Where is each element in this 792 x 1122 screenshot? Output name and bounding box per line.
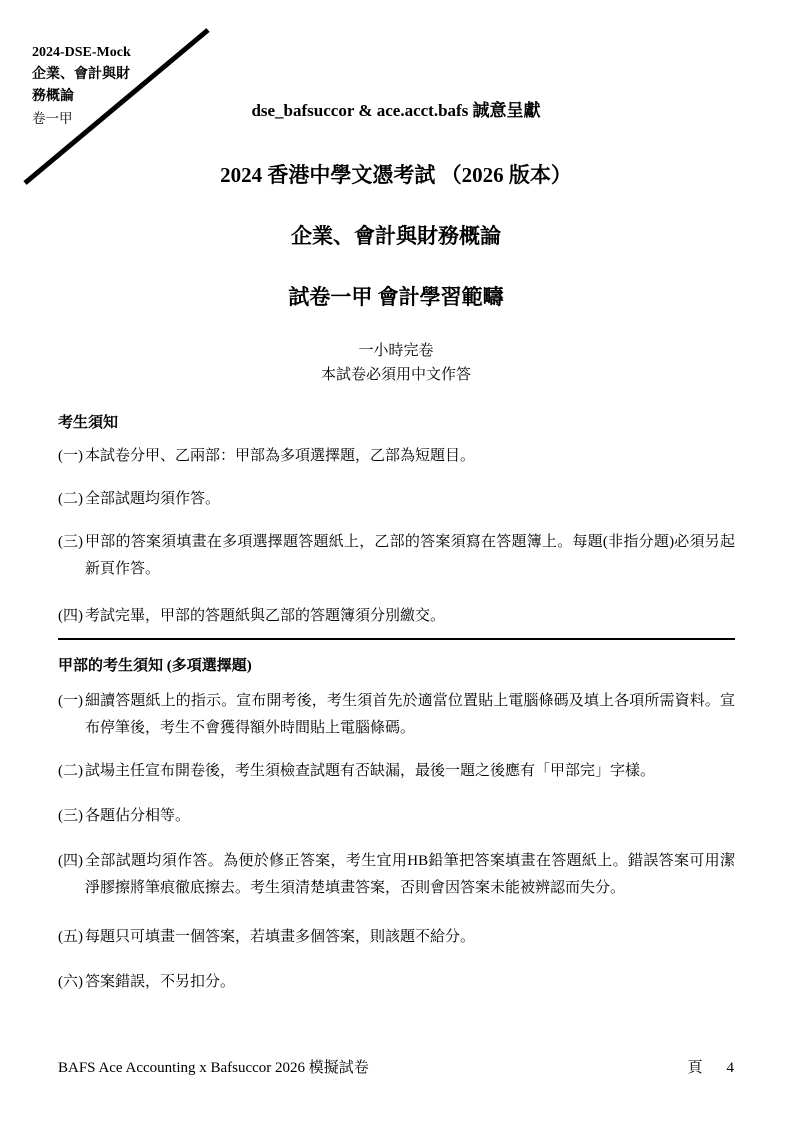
instruction-item: (六) 答案錯誤，不另扣分。 — [58, 969, 735, 996]
item-text: 試場主任宣布開卷後，考生須檢查試題有否缺漏，最後一題之後應有「甲部完」字樣。 — [85, 763, 655, 779]
general-instructions-heading: 考生須知 — [58, 411, 735, 435]
item-text: 甲部的答案須填畫在多項選擇題答題紙上，乙部的答案須寫在答題簿上。每題(非指分題)… — [85, 534, 735, 577]
instruction-item: (三) 甲部的答案須填畫在多項選擇題答題紙上，乙部的答案須寫在答題簿上。每題(非… — [58, 529, 735, 583]
item-text: 本試卷分甲、乙兩部：甲部為多項選擇題，乙部為短題目。 — [85, 448, 475, 464]
instruction-item: (四) 全部試題均須作答。為便於修正答案，考生宜用HB鉛筆把答案填畫在答題紙上。… — [58, 848, 735, 902]
footer-page-label: 頁 — [687, 1060, 702, 1076]
item-text: 每題只可填畫一個答案，若填畫多個答案，則該題不給分。 — [85, 929, 475, 945]
item-text: 全部試題均須作答。 — [85, 491, 220, 507]
item-number: (五) — [58, 924, 83, 951]
item-number: (一) — [58, 688, 83, 715]
item-number: (一) — [58, 443, 83, 470]
item-number: (六) — [58, 969, 83, 996]
section-a-instructions-section: 甲部的考生須知 (多項選擇題) (一) 細讀答題紙上的指示。宣布開考後，考生須首… — [58, 654, 735, 996]
instruction-item: (一) 細讀答題紙上的指示。宣布開考後，考生須首先於適當位置貼上電腦條碼及填上各… — [58, 688, 735, 742]
section-divider-rule — [58, 638, 735, 640]
item-number: (四) — [58, 848, 83, 875]
footer-page-number: 4 — [727, 1060, 735, 1076]
section-a-instructions-heading: 甲部的考生須知 (多項選擇題) — [58, 654, 735, 678]
instruction-item: (五) 每題只可填畫一個答案，若填畫多個答案，則該題不給分。 — [58, 924, 735, 951]
item-text: 各題佔分相等。 — [85, 808, 190, 824]
item-text: 考試完畢，甲部的答題紙與乙部的答題簿須分別繳交。 — [85, 608, 445, 624]
general-instructions-section: 考生須知 (一) 本試卷分甲、乙兩部：甲部為多項選擇題，乙部為短題目。 (二) … — [58, 411, 735, 630]
item-number: (四) — [58, 603, 83, 630]
footer-page-indicator: 頁4 — [687, 1056, 734, 1080]
instruction-item: (二) 試場主任宣布開卷後，考生須檢查試題有否缺漏，最後一題之後應有「甲部完」字… — [58, 758, 735, 785]
paper-title: 試卷一甲 會計學習範疇 — [0, 282, 792, 312]
footer-publisher-text: BAFS Ace Accounting x Bafsuccor 2026 模擬試… — [58, 1056, 369, 1080]
language-note: 本試卷必須用中文作答 — [0, 364, 792, 387]
duration-note: 一小時完卷 — [0, 340, 792, 363]
item-text: 答案錯誤，不另扣分。 — [85, 974, 235, 990]
instruction-item: (一) 本試卷分甲、乙兩部：甲部為多項選擇題，乙部為短題目。 — [58, 443, 735, 470]
instruction-item: (三) 各題佔分相等。 — [58, 803, 735, 830]
instruction-item: (四) 考試完畢，甲部的答題紙與乙部的答題簿須分別繳交。 — [58, 603, 735, 630]
item-text: 細讀答題紙上的指示。宣布開考後，考生須首先於適當位置貼上電腦條碼及填上各項所需資… — [85, 693, 735, 736]
item-number: (二) — [58, 758, 83, 785]
instruction-item: (二) 全部試題均須作答。 — [58, 486, 735, 513]
item-number: (二) — [58, 486, 83, 513]
page-footer: BAFS Ace Accounting x Bafsuccor 2026 模擬試… — [58, 1056, 734, 1080]
item-number: (三) — [58, 803, 83, 830]
exam-cover-page: 2024-DSE-Mock 企業、會計與財 務概論 卷一甲 dse_bafsuc… — [0, 0, 792, 1122]
item-text: 全部試題均須作答。為便於修正答案，考生宜用HB鉛筆把答案填畫在答題紙上。錯誤答案… — [85, 853, 735, 896]
diagonal-slash-line — [20, 26, 212, 188]
subject-title: 企業、會計與財務概論 — [0, 221, 792, 251]
item-number: (三) — [58, 529, 83, 556]
